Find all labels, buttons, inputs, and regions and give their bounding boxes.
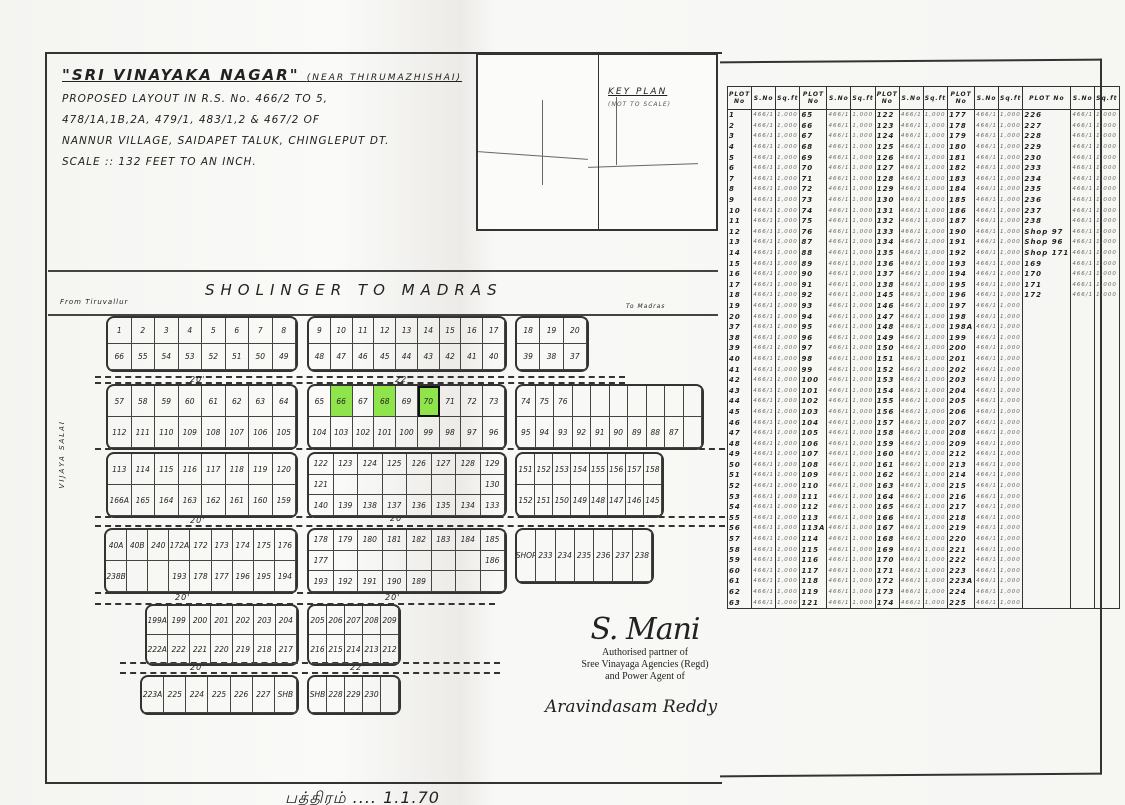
plot-number: 168 <box>875 534 899 545</box>
area-sqft: 1,000 <box>776 566 800 577</box>
survey-number: 466/1 <box>899 311 923 322</box>
survey-number: 466/1 <box>827 184 851 195</box>
plot-number: 73 <box>800 195 827 206</box>
area-sqft <box>1095 555 1119 566</box>
plot-number: 167 <box>875 523 899 534</box>
area-sqft: 1,000 <box>776 174 800 185</box>
area-sqft: 1,000 <box>851 576 875 587</box>
table-row: 52466/11,000110466/11,000163466/11,00021… <box>728 481 1120 492</box>
area-sqft: 1,000 <box>923 470 947 481</box>
plot-200: 200 <box>190 606 211 635</box>
table-row: 10466/11,00074466/11,000131466/11,000186… <box>728 205 1120 216</box>
plot-number: 134 <box>875 237 899 248</box>
plot-number: 13 <box>728 237 752 248</box>
plot-number: 220 <box>948 534 975 545</box>
plot-47: 47 <box>331 344 353 370</box>
plot-199A: 199A <box>147 606 168 635</box>
plot-148: 148 <box>590 485 608 516</box>
plot-number: 198A <box>948 322 975 333</box>
plot-147: 147 <box>608 485 626 516</box>
plot-number: 207 <box>948 417 975 428</box>
plot-number: 17 <box>728 280 752 291</box>
survey-number: 466/1 <box>752 396 776 407</box>
area-sqft: 1,000 <box>776 428 800 439</box>
plot-number: 95 <box>800 322 827 333</box>
plot-number: 235 <box>1023 184 1071 195</box>
plot-42: 42 <box>440 344 462 370</box>
key-plan-subtitle: (NOT TO SCALE) <box>608 101 671 108</box>
survey-number: 466/1 <box>899 152 923 163</box>
plot-number: 91 <box>800 280 827 291</box>
survey-number: 466/1 <box>1071 184 1095 195</box>
area-sqft: 1,000 <box>1095 131 1119 142</box>
table-row: 48466/11,000106466/11,000159466/11,00020… <box>728 438 1120 449</box>
plot-140: 140 <box>309 495 334 516</box>
survey-number: 466/1 <box>899 544 923 555</box>
plot-154: 154 <box>571 454 589 485</box>
survey-number: 466/1 <box>899 290 923 301</box>
survey-number: 466/1 <box>752 364 776 375</box>
survey-number: 466/1 <box>899 396 923 407</box>
area-sqft: 1,000 <box>776 121 800 132</box>
survey-number: 466/1 <box>899 597 923 608</box>
plot-number: 57 <box>728 534 752 545</box>
plot-151: 151 <box>535 485 553 516</box>
plot-225: 225 <box>208 677 230 713</box>
plot-229: 229 <box>345 677 363 713</box>
plot-number: 164 <box>875 491 899 502</box>
area-sqft: 1,000 <box>999 417 1023 428</box>
column-header: S.No <box>827 87 851 110</box>
survey-number: 466/1 <box>752 597 776 608</box>
survey-number: 466/1 <box>975 417 999 428</box>
plot-138: 138 <box>358 495 383 516</box>
survey-number: 466/1 <box>975 227 999 238</box>
survey-number: 466/1 <box>975 449 999 460</box>
plot-number: Shop 97 <box>1023 227 1071 238</box>
area-sqft: 1,000 <box>999 343 1023 354</box>
plot-blank <box>684 386 703 417</box>
area-sqft: 1,000 <box>999 237 1023 248</box>
plot-number: 55 <box>728 513 752 524</box>
column-header: PLOT No <box>1023 87 1071 110</box>
survey-number: 466/1 <box>752 322 776 333</box>
plot-number <box>1023 544 1071 555</box>
plot-222: 222 <box>168 635 189 664</box>
area-sqft <box>1095 438 1119 449</box>
survey-number: 466/1 <box>899 110 923 121</box>
area-sqft: 1,000 <box>1095 184 1119 195</box>
plot-number: 105 <box>800 428 827 439</box>
plot-15: 15 <box>440 318 462 344</box>
area-sqft: 1,000 <box>999 587 1023 598</box>
area-sqft: 1,000 <box>776 587 800 598</box>
plot-96: 96 <box>483 417 505 448</box>
plot-number: 63 <box>728 597 752 608</box>
block-a1: 123456786655545352515049 <box>106 316 298 372</box>
area-sqft: 1,000 <box>999 290 1023 301</box>
plot-number: 169 <box>875 544 899 555</box>
survey-number: 466/1 <box>752 555 776 566</box>
plot-67: 67 <box>353 386 375 417</box>
area-sqft: 1,000 <box>851 205 875 216</box>
survey-number: 466/1 <box>752 534 776 545</box>
area-sqft: 1,000 <box>999 332 1023 343</box>
area-sqft: 1,000 <box>851 534 875 545</box>
plot-215: 215 <box>327 635 345 664</box>
area-sqft <box>1095 481 1119 492</box>
survey-number: 466/1 <box>975 195 999 206</box>
plot-189: 189 <box>407 571 432 592</box>
survey-number: 466/1 <box>975 258 999 269</box>
plot-number: 190 <box>948 227 975 238</box>
plot-172A: 172A <box>169 530 190 561</box>
plot-number: 109 <box>800 470 827 481</box>
survey-number: 466/1 <box>975 566 999 577</box>
plot-17: 17 <box>483 318 505 344</box>
plot-blank <box>628 386 647 417</box>
plot-number <box>1023 470 1071 481</box>
survey-number <box>1071 354 1095 365</box>
table-row: 56466/11,000113A466/11,000167466/11,0002… <box>728 523 1120 534</box>
area-sqft: 1,000 <box>776 544 800 555</box>
survey-number: 466/1 <box>975 513 999 524</box>
area-sqft: 1,000 <box>1095 195 1119 206</box>
plot-208: 208 <box>363 606 381 635</box>
survey-number <box>1071 491 1095 502</box>
survey-number: 466/1 <box>752 227 776 238</box>
plot-number: 219 <box>948 523 975 534</box>
area-sqft: 1,000 <box>999 354 1023 365</box>
area-sqft: 1,000 <box>776 407 800 418</box>
survey-number: 466/1 <box>752 248 776 259</box>
plot-number: 102 <box>800 396 827 407</box>
second-signature: Aravindasam Reddy <box>545 697 717 717</box>
block-b5: 205206207208209216215214213212 <box>307 604 401 666</box>
area-sqft: 1,000 <box>776 301 800 312</box>
plot-130: 130 <box>481 475 506 496</box>
plot-blank <box>407 475 432 496</box>
plot-number: 18 <box>728 290 752 301</box>
plot-number: 44 <box>728 396 752 407</box>
area-sqft: 1,000 <box>776 290 800 301</box>
table-row: 3466/11,00067466/11,000124466/11,0001794… <box>728 131 1120 142</box>
area-sqft <box>1095 428 1119 439</box>
survey-number <box>1071 407 1095 418</box>
plot-40B: 40B <box>127 530 148 561</box>
plot-120: 120 <box>273 454 297 485</box>
survey-number: 466/1 <box>752 142 776 153</box>
plot-number: 74 <box>800 205 827 216</box>
survey-number: 466/1 <box>827 513 851 524</box>
plot-225: 225 <box>164 677 186 713</box>
area-sqft: 1,000 <box>776 364 800 375</box>
survey-number: 466/1 <box>1071 269 1095 280</box>
plot-blank <box>665 386 684 417</box>
plot-41: 41 <box>461 344 483 370</box>
plot-number: 236 <box>1023 195 1071 206</box>
survey-number <box>1071 513 1095 524</box>
plot-62: 62 <box>226 386 250 417</box>
area-sqft: 1,000 <box>851 227 875 238</box>
survey-number: 466/1 <box>827 131 851 142</box>
plot-227: 227 <box>253 677 275 713</box>
table-row: 55466/11,000113466/11,000166466/11,00021… <box>728 513 1120 524</box>
plot-number: 5 <box>728 152 752 163</box>
area-sqft: 1,000 <box>999 375 1023 386</box>
plot-160: 160 <box>249 485 273 516</box>
area-sqft: 1,000 <box>776 258 800 269</box>
plot-2: 2 <box>132 318 156 344</box>
title-note: (NEAR THIRUMAZHISHAI) <box>307 73 462 83</box>
plot-number: 191 <box>948 237 975 248</box>
area-sqft: 1,000 <box>1095 248 1119 259</box>
plot-number: 135 <box>875 248 899 259</box>
area-sqft: 1,000 <box>1095 237 1119 248</box>
survey-number: 466/1 <box>899 195 923 206</box>
plot-159: 159 <box>273 485 297 516</box>
plot-16: 16 <box>461 318 483 344</box>
area-sqft: 1,000 <box>923 481 947 492</box>
plot-234: 234 <box>556 530 575 582</box>
plot-blank <box>573 386 592 417</box>
plot-122: 122 <box>309 454 334 475</box>
plot-121: 121 <box>309 475 334 496</box>
plot-157: 157 <box>626 454 644 485</box>
area-sqft <box>1095 576 1119 587</box>
plot-number <box>1023 566 1071 577</box>
plot-109: 109 <box>179 417 203 448</box>
area-sqft: 1,000 <box>999 163 1023 174</box>
survey-number: 466/1 <box>1071 121 1095 132</box>
plot-number: 59 <box>728 555 752 566</box>
survey-number <box>1071 597 1095 608</box>
plot-number: 152 <box>875 364 899 375</box>
table-row: 8466/11,00072466/11,000129466/11,0001844… <box>728 184 1120 195</box>
area-sqft: 1,000 <box>1095 110 1119 121</box>
area-sqft: 1,000 <box>923 438 947 449</box>
plot-number: 19 <box>728 301 752 312</box>
survey-number: 466/1 <box>1071 163 1095 174</box>
area-sqft: 1,000 <box>851 280 875 291</box>
area-sqft: 1,000 <box>851 364 875 375</box>
survey-number: 466/1 <box>975 470 999 481</box>
area-sqft: 1,000 <box>851 269 875 280</box>
survey-number <box>1071 481 1095 492</box>
plot-number: 171 <box>875 566 899 577</box>
area-sqft: 1,000 <box>776 322 800 333</box>
area-sqft <box>1095 332 1119 343</box>
street-line <box>95 525 725 527</box>
area-sqft: 1,000 <box>776 481 800 492</box>
area-sqft: 1,000 <box>1095 205 1119 216</box>
plot-number: 146 <box>875 301 899 312</box>
area-sqft: 1,000 <box>776 269 800 280</box>
plot-212: 212 <box>381 635 399 664</box>
plot-number <box>1023 375 1071 386</box>
area-sqft: 1,000 <box>776 205 800 216</box>
area-sqft: 1,000 <box>851 597 875 608</box>
survey-number: 466/1 <box>752 417 776 428</box>
plot-blank <box>148 561 169 592</box>
table-row: 60466/11,000117466/11,000171466/11,00022… <box>728 566 1120 577</box>
table-row: 38466/11,00096466/11,000149466/11,000199… <box>728 332 1120 343</box>
column-header: PLOT No <box>800 87 827 110</box>
plot-205: 205 <box>309 606 327 635</box>
plot-175: 175 <box>254 530 275 561</box>
area-sqft: 1,000 <box>999 460 1023 471</box>
survey-number: 466/1 <box>899 555 923 566</box>
plot-161: 161 <box>226 485 250 516</box>
survey-number: 466/1 <box>1071 216 1095 227</box>
area-sqft: 1,000 <box>999 205 1023 216</box>
signature-block: S. Mani Authorised partner of Sree Vinay… <box>565 612 725 683</box>
plot-223A: 223A <box>142 677 164 713</box>
area-sqft: 1,000 <box>776 396 800 407</box>
survey-number: 466/1 <box>752 513 776 524</box>
plot-57: 57 <box>108 386 132 417</box>
area-sqft: 1,000 <box>851 131 875 142</box>
survey-number: 466/1 <box>975 237 999 248</box>
plot-5: 5 <box>202 318 226 344</box>
plot-97: 97 <box>461 417 483 448</box>
area-sqft: 1,000 <box>923 534 947 545</box>
plot-226: 226 <box>231 677 253 713</box>
survey-number: 466/1 <box>975 311 999 322</box>
table-row: 40466/11,00098466/11,000151466/11,000201… <box>728 354 1120 365</box>
plot-number: 66 <box>800 121 827 132</box>
survey-number: 466/1 <box>975 301 999 312</box>
area-sqft <box>1095 513 1119 524</box>
plot-107: 107 <box>226 417 250 448</box>
plot-156: 156 <box>608 454 626 485</box>
plot-172: 172 <box>190 530 211 561</box>
column-header: Sq.ft <box>851 87 875 110</box>
survey-number: 466/1 <box>975 491 999 502</box>
plot-235: 235 <box>575 530 594 582</box>
plot-101: 101 <box>374 417 396 448</box>
plot-71: 71 <box>440 386 462 417</box>
area-sqft: 1,000 <box>851 152 875 163</box>
plot-number: 113 <box>800 513 827 524</box>
plot-number: 132 <box>875 216 899 227</box>
survey-number: 466/1 <box>752 491 776 502</box>
area-sqft: 1,000 <box>776 502 800 513</box>
plot-number: 180 <box>948 142 975 153</box>
area-sqft: 1,000 <box>851 195 875 206</box>
plot-number: 233 <box>1023 163 1071 174</box>
area-sqft <box>1095 322 1119 333</box>
area-sqft: 1,000 <box>999 555 1023 566</box>
plot-number <box>1023 428 1071 439</box>
plot-number: 165 <box>875 502 899 513</box>
area-sqft: 1,000 <box>999 513 1023 524</box>
plot-192: 192 <box>334 571 359 592</box>
survey-number: 466/1 <box>899 142 923 153</box>
survey-number: 466/1 <box>975 290 999 301</box>
plot-90: 90 <box>610 417 629 448</box>
area-sqft: 1,000 <box>999 142 1023 153</box>
plot-number <box>1023 449 1071 460</box>
plot-1: 1 <box>108 318 132 344</box>
area-sqft: 1,000 <box>923 587 947 598</box>
area-sqft <box>1095 375 1119 386</box>
area-sqft: 1,000 <box>923 576 947 587</box>
survey-number: 466/1 <box>899 322 923 333</box>
area-sqft: 1,000 <box>923 428 947 439</box>
survey-number <box>1071 566 1095 577</box>
survey-number: 466/1 <box>827 449 851 460</box>
plot-number: 187 <box>948 216 975 227</box>
survey-number: 466/1 <box>899 301 923 312</box>
plot-173: 173 <box>212 530 233 561</box>
plot-135: 135 <box>432 495 457 516</box>
area-sqft: 1,000 <box>923 269 947 280</box>
plot-number <box>1023 417 1071 428</box>
plot-number: 45 <box>728 407 752 418</box>
plot-48: 48 <box>309 344 331 370</box>
plot-number: 204 <box>948 385 975 396</box>
plot-number: 41 <box>728 364 752 375</box>
survey-number: 466/1 <box>899 428 923 439</box>
area-sqft: 1,000 <box>776 163 800 174</box>
plot-191: 191 <box>358 571 383 592</box>
survey-number: 466/1 <box>752 301 776 312</box>
area-sqft: 1,000 <box>851 491 875 502</box>
table-row: 13466/11,00087466/11,000134466/11,000191… <box>728 237 1120 248</box>
plot-number: 2 <box>728 121 752 132</box>
plot-blank <box>381 677 399 713</box>
plot-number: 170 <box>1023 269 1071 280</box>
survey-number: 466/1 <box>827 502 851 513</box>
plot-3: 3 <box>155 318 179 344</box>
plot-20: 20 <box>564 318 587 344</box>
survey-number: 466/1 <box>975 343 999 354</box>
plot-number: 125 <box>875 142 899 153</box>
survey-number: 466/1 <box>899 216 923 227</box>
survey-number: 466/1 <box>827 491 851 502</box>
survey-number: 466/1 <box>975 385 999 396</box>
plot-number: 214 <box>948 470 975 481</box>
survey-number: 466/1 <box>899 258 923 269</box>
plot-number: 1 <box>728 110 752 121</box>
area-sqft: 1,000 <box>923 227 947 238</box>
block-b6: SHB228229230 <box>307 675 401 715</box>
column-header: S.No <box>752 87 776 110</box>
survey-number: 466/1 <box>975 534 999 545</box>
area-sqft <box>1095 470 1119 481</box>
column-header: PLOT No <box>728 87 752 110</box>
survey-number <box>1071 470 1095 481</box>
plot-114: 114 <box>132 454 156 485</box>
plot-number: 193 <box>948 258 975 269</box>
block-c2: 747576959493929190898887 <box>515 384 704 450</box>
plot-217: 217 <box>276 635 297 664</box>
plot-117: 117 <box>202 454 226 485</box>
plot-45: 45 <box>374 344 396 370</box>
plot-number: 7 <box>728 174 752 185</box>
plot-number: 147 <box>875 311 899 322</box>
plot-222A: 222A <box>147 635 168 664</box>
plot-number: 72 <box>800 184 827 195</box>
table-row: 59466/11,000116466/11,000170466/11,00022… <box>728 555 1120 566</box>
plot-74: 74 <box>517 386 536 417</box>
survey-number: 466/1 <box>752 354 776 365</box>
plot-95: 95 <box>517 417 536 448</box>
area-sqft: 1,000 <box>776 354 800 365</box>
plot-185: 185 <box>481 530 506 551</box>
plot-blank <box>383 551 408 572</box>
